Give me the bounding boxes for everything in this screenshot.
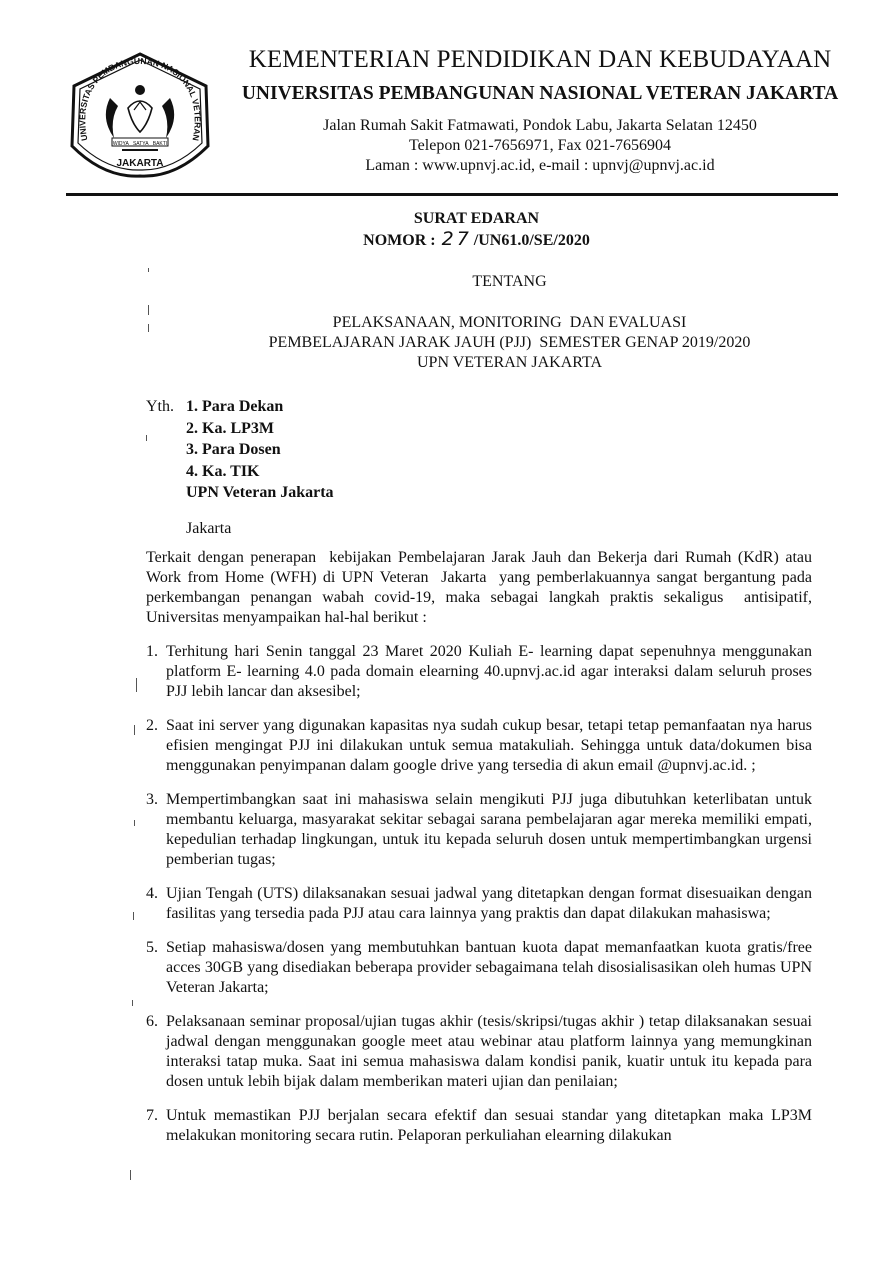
point-item: 2.Saat ini server yang digunakan kapasit… <box>146 716 812 776</box>
subject-line: PEMBELAJARAN JARAK JAUH (PJJ) SEMESTER G… <box>66 333 887 353</box>
number-suffix: /UN61.0/SE/2020 <box>474 232 590 249</box>
web-email: Laman : www.upnvj.ac.id, e-mail : upnvj@… <box>220 156 860 176</box>
point-item: 3.Mempertimbangkan saat ini mahasiswa se… <box>146 790 812 870</box>
crest-icon: UNIVERSITAS PEMBANGUNAN NASIONAL VETERAN… <box>66 50 214 180</box>
scan-speck <box>130 1170 131 1180</box>
point-item: 4.Ujian Tengah (UTS) dilaksanakan sesuai… <box>146 884 812 924</box>
scan-speck <box>146 435 147 441</box>
scan-speck <box>134 820 135 826</box>
letter-type: SURAT EDARAN <box>0 209 887 229</box>
letter-heading: SURAT EDARAN NOMOR :27/UN61.0/SE/2020 <box>0 209 887 251</box>
scan-speck <box>148 305 149 315</box>
scan-speck <box>133 912 134 920</box>
point-item: 5.Setiap mahasiswa/dosen yang membutuhka… <box>146 938 812 998</box>
letter-subject: PELAKSANAAN, MONITORING DAN EVALUASI PEM… <box>0 313 887 373</box>
handwritten-number: 27 <box>442 228 472 250</box>
intro-paragraph: Terkait dengan penerapan kebijakan Pembe… <box>146 548 812 628</box>
recipient-item: UPN Veteran Jakarta <box>186 482 334 504</box>
points-list: 1.Terhitung hari Senin tanggal 23 Maret … <box>146 642 812 1146</box>
scan-speck <box>148 268 149 272</box>
recipient-item: 3. Para Dosen <box>186 439 334 461</box>
recipient-city: Jakarta <box>146 518 334 540</box>
letterhead-divider <box>66 193 838 196</box>
recipient-item: 2. Ka. LP3M <box>186 418 334 440</box>
point-item: 6.Pelaksanaan seminar proposal/ujian tug… <box>146 1012 812 1092</box>
phone-fax: Telepon 021-7656971, Fax 021-7656904 <box>220 136 860 156</box>
scan-speck <box>136 678 137 692</box>
scan-speck <box>132 1000 133 1006</box>
letter-body: Terkait dengan penerapan kebijakan Pembe… <box>146 548 812 1160</box>
document-page: UNIVERSITAS PEMBANGUNAN NASIONAL VETERAN… <box>0 0 887 1280</box>
subject-line: UPN VETERAN JAKARTA <box>66 353 887 373</box>
recipient-item: 1. Para Dekan <box>186 396 334 418</box>
letter-number: NOMOR :27/UN61.0/SE/2020 <box>0 229 887 251</box>
point-item: 1.Terhitung hari Senin tanggal 23 Maret … <box>146 642 812 702</box>
letterhead: KEMENTERIAN PENDIDIKAN DAN KEBUDAYAAN UN… <box>220 44 860 176</box>
point-item: 7.Untuk memastikan PJJ berjalan secara e… <box>146 1106 812 1146</box>
svg-text:WIDYA SATYA BA: WIDYA SATYA BAKTI <box>113 141 167 147</box>
about-label: TENTANG <box>0 272 887 292</box>
salutation: Yth. <box>146 396 186 418</box>
svg-text:JAKARTA: JAKARTA <box>116 158 163 169</box>
scan-speck <box>148 324 149 332</box>
university-crest-logo: UNIVERSITAS PEMBANGUNAN NASIONAL VETERAN… <box>66 50 214 180</box>
address: Jalan Rumah Sakit Fatmawati, Pondok Labu… <box>220 116 860 136</box>
svg-text:UNIVERSITAS PEMBANGUNAN NASION: UNIVERSITAS PEMBANGUNAN NASIONAL VETERAN <box>77 56 202 142</box>
scan-speck <box>134 725 135 735</box>
university-name: UNIVERSITAS PEMBANGUNAN NASIONAL VETERAN… <box>220 80 860 108</box>
subject-line: PELAKSANAAN, MONITORING DAN EVALUASI <box>66 313 887 333</box>
recipient-item: 4. Ka. TIK <box>186 461 334 483</box>
recipients-block: Yth. 1. Para Dekan 2. Ka. LP3M 3. Para D… <box>146 396 334 539</box>
number-label: NOMOR : <box>363 232 435 249</box>
ministry-name: KEMENTERIAN PENDIDIKAN DAN KEBUDAYAAN <box>220 44 860 76</box>
